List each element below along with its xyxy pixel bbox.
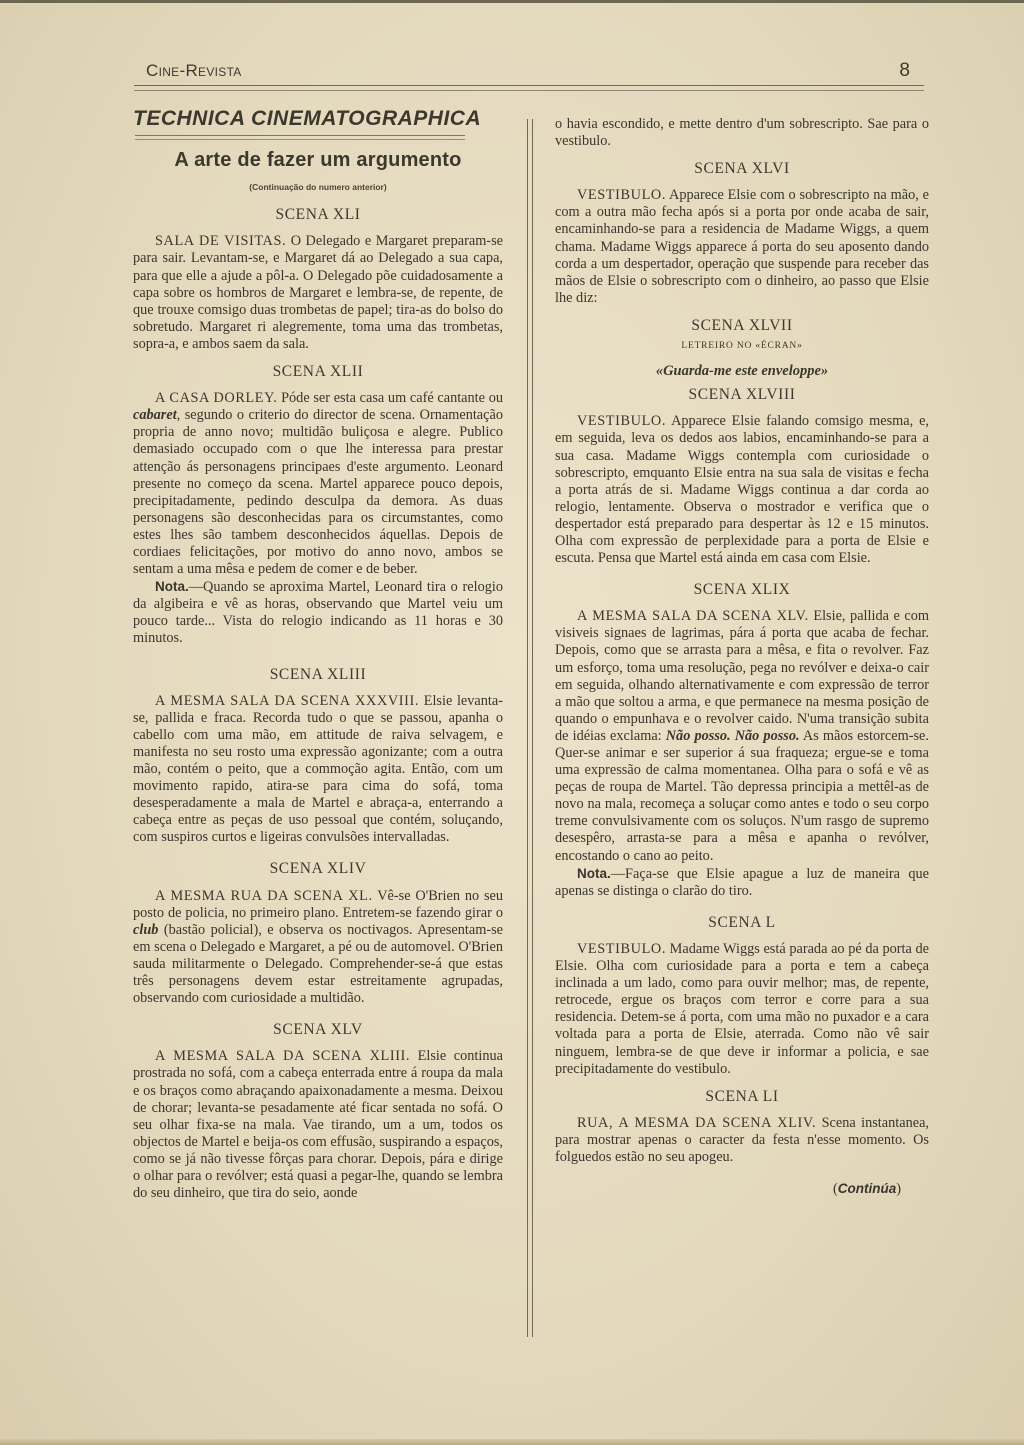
paren-close: )	[896, 1181, 901, 1197]
scene-location: A MESMA SALA DA SCENA XXXVIII.	[155, 693, 419, 709]
scene-location: VESTIBULO.	[577, 941, 666, 957]
page-top-edge	[0, 0, 1024, 3]
note-paragraph: Nota.—Quando se aproxima Martel, Leonard…	[133, 578, 503, 647]
section-title: TECHNICA CINEMATOGRAPHICA	[133, 110, 503, 127]
scene-heading: SCENA XLIII	[133, 666, 503, 683]
scene-text: (bastão policial), e observa os noctivag…	[133, 922, 503, 1006]
continua-word: Continúa	[838, 1181, 897, 1196]
scene-paragraph: SALA DE VISITAS. O Delegado e Margaret p…	[133, 233, 503, 353]
emphasis-text: Não posso. Não posso.	[666, 728, 800, 744]
intertitle-text: «Guarda-me este enveloppe»	[555, 363, 929, 380]
scene-text: Elsie continua prostrada no sofá, com a …	[133, 1048, 503, 1201]
note-text: —Quando se aproxima Martel, Leonard tira…	[133, 579, 503, 646]
scene-paragraph: A MESMA SALA DA SCENA XLV. Elsie, pallid…	[555, 608, 929, 864]
intertitle-caption: LETREIRO NO «ÉCRAN»	[555, 338, 929, 355]
emphasis-text: club	[133, 922, 158, 938]
column-divider	[527, 119, 533, 1337]
scene-heading: SCENA XLI	[133, 206, 503, 223]
page-bottom-edge	[0, 1439, 1024, 1445]
scene-heading: SCENA L	[555, 914, 929, 931]
header-double-rule	[134, 85, 924, 91]
scene-text: Madame Wiggs está parada ao pé da porta …	[555, 941, 929, 1077]
scene-location: VESTIBULO.	[577, 187, 666, 203]
scene-location: VESTIBULO.	[577, 413, 666, 429]
scene-paragraph: RUA, A MESMA DA SCENA XLIV. Scena instan…	[555, 1115, 929, 1166]
running-header: Cine-Revista 8	[146, 60, 910, 82]
to-be-continued: (Continúa)	[555, 1180, 901, 1198]
scene-heading: SCENA XLVIII	[555, 386, 929, 403]
note-label: Nota.	[155, 579, 189, 594]
scene-text: Elsie levanta-se, pallida e fraca. Recor…	[133, 693, 503, 846]
page-number: 8	[899, 60, 910, 82]
scene-text: Elsie, pallida e com visiveis signaes de…	[555, 608, 929, 744]
note-label: Nota.	[577, 866, 611, 881]
continuation-note: (Continuação do numero anterior)	[133, 179, 503, 196]
scene-paragraph: A CASA DORLEY. Póde ser esta casa um caf…	[133, 390, 503, 578]
scene-heading: SCENA XLII	[133, 363, 503, 380]
scene-heading: SCENA XLIX	[555, 581, 929, 598]
scene-text: O Delegado e Margaret preparam-se para s…	[133, 233, 503, 352]
scene-heading: SCENA XLIV	[133, 860, 503, 877]
scene-heading: SCENA LI	[555, 1088, 929, 1105]
scene-paragraph: A MESMA SALA DA SCENA XLIII. Elsie conti…	[133, 1048, 503, 1202]
scene-location: SALA DE VISITAS.	[155, 233, 286, 249]
scene-text: Póde ser esta casa um café cantante ou	[277, 390, 503, 406]
scene-paragraph: VESTIBULO. Apparece Elsie falando comsig…	[555, 413, 929, 567]
right-column: o havia escondido, e mette dentro d'um s…	[555, 116, 929, 1198]
scene-heading: SCENA XLVII	[555, 317, 929, 334]
note-paragraph: Nota.—Faça-se que Elsie apague a luz de …	[555, 865, 929, 900]
article-title: A arte de fazer um argumento	[133, 152, 503, 169]
section-title-rule	[135, 135, 465, 140]
note-text: —Faça-se que Elsie apague a luz de manei…	[555, 866, 929, 899]
scene-paragraph: VESTIBULO. Apparece Elsie com o sobrescr…	[555, 187, 929, 307]
scene-text: , segundo o criterio do director de scen…	[133, 407, 503, 577]
scene-location: A MESMA SALA DA SCENA XLV.	[577, 608, 809, 624]
scene-location: A CASA DORLEY.	[155, 390, 277, 406]
scene-paragraph: A MESMA SALA DA SCENA XXXVIII. Elsie lev…	[133, 693, 503, 847]
scene-location: A MESMA RUA DA SCENA XL.	[155, 888, 373, 904]
emphasis-text: cabaret	[133, 407, 177, 423]
scene-text: Apparece Elsie falando comsigo mesma, e,…	[555, 413, 929, 566]
scene-paragraph: VESTIBULO. Madame Wiggs está parada ao p…	[555, 941, 929, 1078]
scene-location: RUA, A MESMA DA SCENA XLIV.	[577, 1115, 816, 1131]
scene-location: A MESMA SALA DA SCENA XLIII.	[155, 1048, 410, 1064]
scene-text: As mãos estorcem-se. Quer-se animar e se…	[555, 728, 929, 864]
scene-heading: SCENA XLV	[133, 1021, 503, 1038]
scene-text: Apparece Elsie com o sobrescripto na mão…	[555, 187, 929, 306]
magazine-title: Cine-Revista	[146, 61, 242, 81]
left-column: TECHNICA CINEMATOGRAPHICA A arte de faze…	[133, 110, 503, 1202]
scene-paragraph: A MESMA RUA DA SCENA XL. Vê-se O'Brien n…	[133, 888, 503, 1008]
continued-paragraph: o havia escondido, e mette dentro d'um s…	[555, 116, 929, 150]
scene-heading: SCENA XLVI	[555, 160, 929, 177]
